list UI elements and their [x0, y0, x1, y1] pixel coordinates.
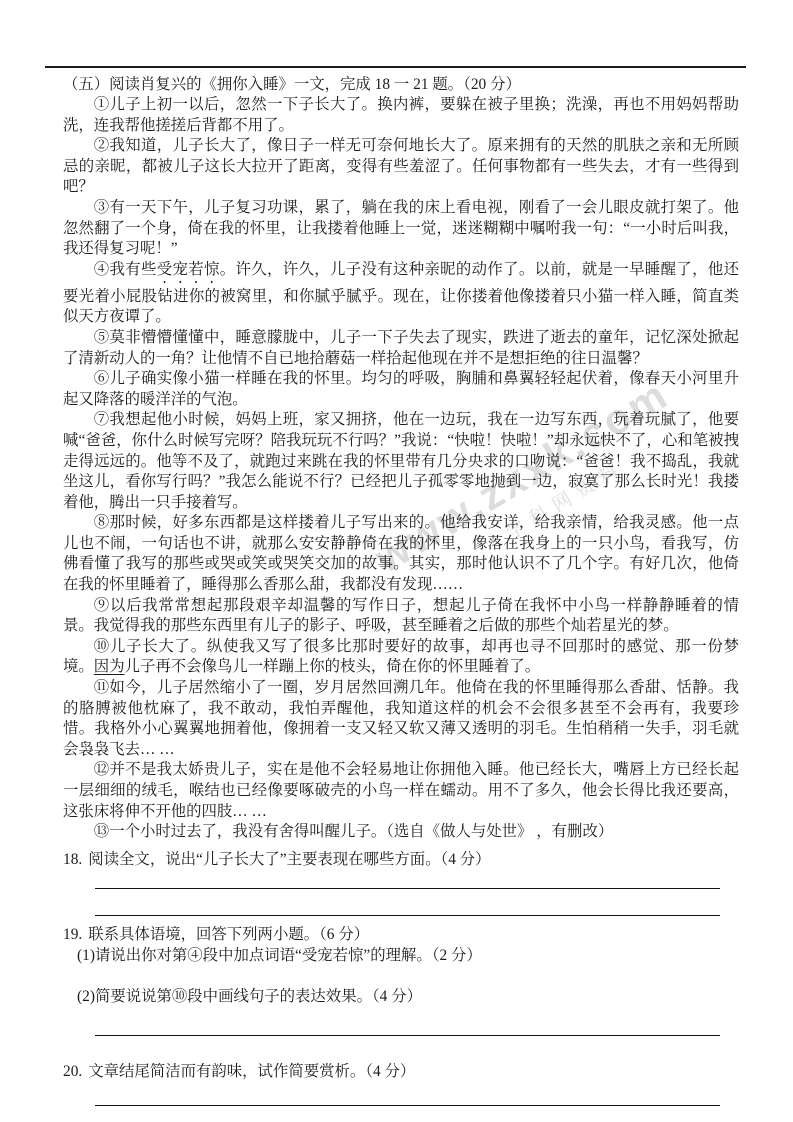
passage-text-segment: ④我有些	[94, 261, 157, 278]
passage-text-segment: ③有一天下午，儿子复习功课，累了，躺在我的床上看电视，刚看了一会儿眼皮就打架了。…	[63, 199, 739, 257]
answer-line	[95, 1105, 720, 1106]
underlined-word: 因为	[94, 658, 125, 675]
page-content: （五）阅读肖复兴的《拥你入睡》一文，完成 18 一 21 题。（20 分） ①儿…	[63, 74, 739, 1106]
question-18-block: 18.阅读全文，说出“儿子长大了”主要表现在哪些方面。（4 分）	[63, 850, 739, 917]
question-number: 19.	[63, 926, 82, 943]
question-text: 联系具体语境，回答下列两小题。（6 分）	[88, 926, 369, 943]
passage-text-segment: 儿子再不会像鸟儿一样蹦上你的枝头，倚在你的怀里睡着了。	[125, 658, 541, 675]
passage-paragraph: ⑥儿子确实像小猫一样睡在我的怀里。均匀的呼吸，胸脯和鼻翼轻轻起伏着，像春天小河里…	[63, 369, 739, 410]
passage-text-segment: ①儿子上初一以后，忽然一下子长大了。换内裤，要躲在被子里换；洗澡，再也不用妈妈帮…	[63, 96, 739, 134]
passage-paragraph: ②我知道，儿子长大了，像日子一样无可奈何地长大了。原来拥有的天然的肌肤之亲和无所…	[63, 136, 739, 198]
section-header: （五）阅读肖复兴的《拥你入睡》一文，完成 18 一 21 题。（20 分）	[63, 74, 739, 95]
question-number: 20.	[63, 1063, 82, 1080]
question-18-text: 18.阅读全文，说出“儿子长大了”主要表现在哪些方面。（4 分）	[63, 850, 739, 871]
exam-page: www.zxxk.com 学科网资料 （五）阅读肖复兴的《拥你入睡》一文，完成 …	[0, 0, 793, 1122]
emphasized-word: 受宠若惊	[157, 261, 220, 278]
passage-paragraph: ⑩儿子长大了。纵使我又写了很多比那时要好的故事，却再也寻不回那时的感觉、那一份梦…	[63, 637, 739, 678]
passage-paragraph: ⑪如今，儿子居然缩小了一圈，岁月居然回溯几年。他倚在我的怀里睡得那么香甜、恬静。…	[63, 678, 739, 760]
passage-paragraph: ④我有些受宠若惊。许久，许久，儿子没有这种亲昵的动作了。以前，就是一早睡醒了，他…	[63, 260, 739, 328]
passage-text-segment: ②我知道，儿子长大了，像日子一样无可奈何地长大了。原来拥有的天然的肌肤之亲和无所…	[63, 137, 739, 195]
question-19-text: 19.联系具体语境，回答下列两小题。（6 分）	[63, 925, 739, 946]
answer-line	[95, 888, 720, 889]
passage-text-segment: ⑫并不是我太娇贵儿子，实在是他不会轻易地让你拥他入睡。他已经长大，嘴唇上方已经长…	[63, 761, 739, 819]
passage-paragraph: ①儿子上初一以后，忽然一下子长大了。换内裤，要躲在被子里换；洗澡，再也不用妈妈帮…	[63, 95, 739, 136]
question-number: 18.	[63, 851, 82, 868]
answer-line	[95, 1035, 720, 1036]
page-top-rule	[45, 66, 746, 68]
passage-paragraph: ⑬一个小时过去了，我没有舍得叫醒儿子。（选自《做人与处世》 ，有删改）	[63, 822, 739, 843]
passage-paragraph: ⑤莫非懵懵懂懂中，睡意朦胧中，儿子一下子失去了现实，跌进了逝去的童年，记忆深处掀…	[63, 328, 739, 369]
answer-line	[95, 915, 720, 916]
question-20-block: 20.文章结尾简洁而有韵味，试作简要赏析。（4 分）	[63, 1062, 739, 1106]
passage-text-segment: ⑥儿子确实像小猫一样睡在我的怀里。均匀的呼吸，胸脯和鼻翼轻轻起伏着，像春天小河里…	[63, 370, 739, 408]
question-19-sub2-text: (2)简要说说第⑩段中画线句子的表达效果。（4 分）	[77, 987, 739, 1008]
passage-text-segment: ⑧那时候，好多东西都是这样搂着儿子写出来的。他给我安详，给我亲情，给我灵感。他一…	[63, 514, 739, 593]
passage-text-segment: ⑦我想起他小时候，妈妈上班，家又拥挤，他在一边玩，我在一边写东西，玩着玩腻了，他…	[63, 411, 739, 510]
passage-paragraph: ⑧那时候，好多东西都是这样搂着儿子写出来的。他给我安详，给我亲情，给我灵感。他一…	[63, 513, 739, 595]
question-19-block: 19.联系具体语境，回答下列两小题。（6 分） (1)请说出你对第④段中加点词语…	[63, 925, 739, 1036]
passage-text-segment: ⑪如今，儿子居然缩小了一圈，岁月居然回溯几年。他倚在我的怀里睡得那么香甜、恬静。…	[63, 679, 739, 758]
passage-text-segment: ⑬一个小时过去了，我没有舍得叫醒儿子。（选自《做人与处世》 ，有删改）	[94, 823, 613, 840]
passage-paragraph: ⑫并不是我太娇贵儿子，实在是他不会轻易地让你拥他入睡。他已经长大，嘴唇上方已经长…	[63, 760, 739, 822]
passage-text-segment: ⑨以后我常常想起那段艰辛却温馨的写作日子，想起儿子倚在我怀中小鸟一样静静睡着的情…	[63, 597, 739, 635]
passage-text-segment: ⑤莫非懵懵懂懂中，睡意朦胧中，儿子一下子失去了现实，跌进了逝去的童年，记忆深处掀…	[63, 329, 739, 367]
passage-paragraph: ⑦我想起他小时候，妈妈上班，家又拥挤，他在一边玩，我在一边写东西，玩着玩腻了，他…	[63, 410, 739, 513]
reading-passage: ①儿子上初一以后，忽然一下子长大了。换内裤，要躲在被子里换；洗澡，再也不用妈妈帮…	[63, 95, 739, 843]
question-text: 文章结尾简洁而有韵味，试作简要赏析。（4 分）	[88, 1063, 415, 1080]
question-text: 阅读全文，说出“儿子长大了”主要表现在哪些方面。（4 分）	[88, 851, 490, 868]
question-19-sub1-text: (1)请说出你对第④段中加点词语“受宠若惊”的理解。（2 分）	[77, 946, 739, 967]
passage-paragraph: ⑨以后我常常想起那段艰辛却温馨的写作日子，想起儿子倚在我怀中小鸟一样静静睡着的情…	[63, 596, 739, 637]
question-20-text: 20.文章结尾简洁而有韵味，试作简要赏析。（4 分）	[63, 1062, 739, 1083]
passage-paragraph: ③有一天下午，儿子复习功课，累了，躺在我的床上看电视，刚看了一会儿眼皮就打架了。…	[63, 198, 739, 260]
